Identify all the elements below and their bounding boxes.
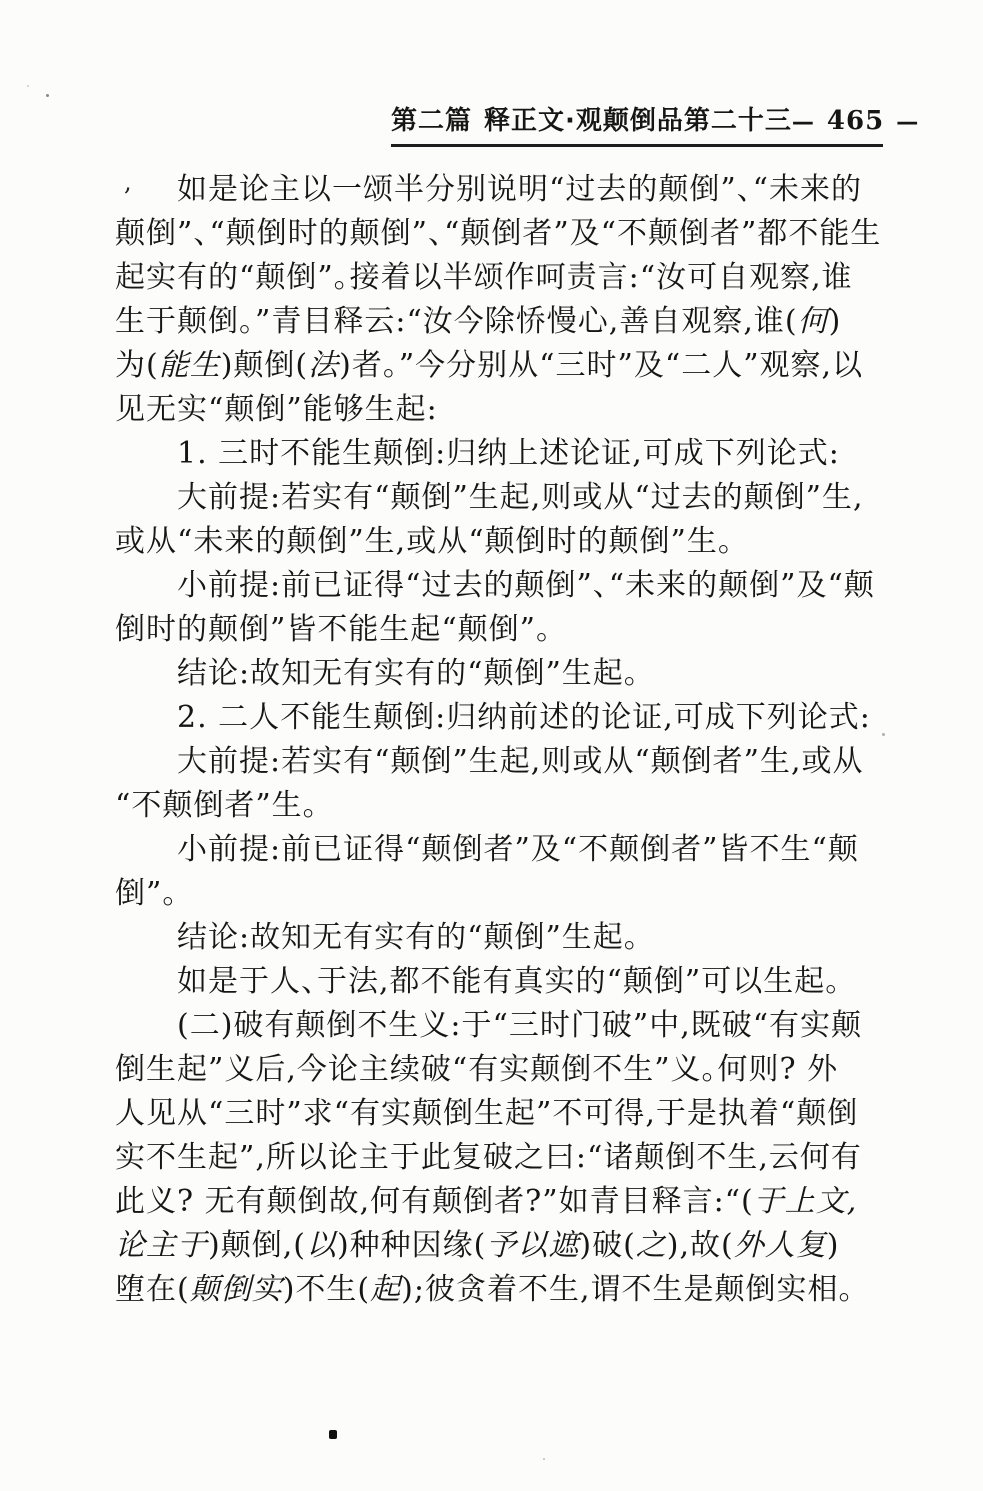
gloss-kai-text: 何 — [798, 304, 829, 339]
gloss-kai-text: 能生 — [159, 348, 221, 383]
body-run: 为( — [115, 348, 159, 383]
body-run: 颠倒”、“颠倒时的颠倒”、“颠倒者”及“不颠倒者”都不能生 — [115, 216, 881, 251]
gloss-kai-text: 于上文, — [754, 1184, 858, 1219]
text-line: 生于颠倒。”青目释云:“汝今除㤭慢心,善自观察,谁(何) — [115, 300, 915, 344]
scan-speck — [27, 85, 29, 87]
text-line: 论主于)颠倒,(以)种种因缘(予以遮)破(之),故(外人复) — [115, 1224, 915, 1268]
body-run: 见无实“颠倒”能够生起: — [115, 392, 438, 427]
text-line: 如是于人、于法,都不能有真实的“颠倒”可以生起。 — [115, 960, 915, 1004]
body-run: 结论:故知无有实有的“颠倒”生起。 — [177, 656, 640, 691]
page-container: 第二篇 释正文·观颠倒品第二十三 — 465 — 如是论主以一颂半分别说明“过去… — [0, 0, 983, 1491]
body-run: )颠倒( — [221, 348, 308, 383]
scan-speck — [882, 733, 885, 736]
body-run: 结论:故知无有实有的“颠倒”生起。 — [177, 920, 640, 955]
text-line: 此义? 无有颠倒故,何有颠倒者?”如青目释言:“(于上文, — [115, 1180, 915, 1224]
text-line: 如是论主以一颂半分别说明“过去的颠倒”、“未来的 — [115, 168, 915, 212]
page-number: 465 — [827, 106, 884, 136]
header-chapter-title: 释正文·观颠倒品第二十三 — [484, 100, 792, 137]
body-run: (二)破有颠倒不生义:于“三时门破”中,既破“有实颠 — [177, 1008, 862, 1043]
body-run: ) — [829, 304, 842, 339]
body-run: 如是于人、于法,都不能有真实的“颠倒”可以生起。 — [177, 964, 841, 999]
text-line: 人见从“三时”求“有实颠倒生起”不可得,于是执着“颠倒 — [115, 1092, 915, 1136]
text-line: 为(能生)颠倒(法)者。”今分别从“三时”及“二人”观察,以 — [115, 344, 915, 388]
body-run: )破( — [579, 1228, 635, 1263]
body-run: 大前提:若实有“颠倒”生起,则或从“过去的颠倒”生, — [177, 480, 864, 515]
text-line: 倒生起”义后,今论主续破“有实颠倒不生”义。何则? 外 — [115, 1048, 915, 1092]
stray-comma-mark: , — [124, 170, 132, 194]
gloss-kai-text: 起 — [370, 1272, 401, 1307]
body-run: 小前提:前已证得“过去的颠倒”、“未来的颠倒”及“颠 — [177, 568, 875, 603]
header-section: 第二篇 — [391, 100, 472, 137]
body-run: )种种因缘( — [337, 1228, 486, 1263]
body-text: 如是论主以一颂半分别说明“过去的颠倒”、“未来的颠倒”、“颠倒时的颠倒”、“颠倒… — [115, 168, 915, 1312]
gloss-kai-text: 外人复 — [734, 1228, 827, 1263]
text-line: 结论:故知无有实有的“颠倒”生起。 — [115, 652, 915, 696]
body-run: 实不生起”,所以论主于此复破之曰:“诸颠倒不生,云何有 — [115, 1140, 862, 1175]
body-run: 堕在( — [115, 1272, 190, 1307]
text-line: 实不生起”,所以论主于此复破之曰:“诸颠倒不生,云何有 — [115, 1136, 915, 1180]
body-run: );彼贪着不生,谓不生是颠倒实相。 — [401, 1272, 854, 1307]
text-line: 倒”。 — [115, 872, 915, 916]
body-run: )者。”今分别从“三时”及“二人”观察,以 — [339, 348, 863, 383]
body-run: 如是论主以一颂半分别说明“过去的颠倒”、“未来的 — [177, 172, 862, 207]
body-run: ) — [827, 1228, 840, 1263]
text-line: 2. 二人不能生颠倒:归纳前述的论证,可成下列论式: — [115, 696, 915, 740]
body-run: 大前提:若实有“颠倒”生起,则或从“颠倒者”生,或从 — [177, 744, 864, 779]
body-run: ),故( — [667, 1228, 734, 1263]
gloss-kai-text: 予以遮 — [486, 1228, 579, 1263]
text-line: 颠倒”、“颠倒时的颠倒”、“颠倒者”及“不颠倒者”都不能生 — [115, 212, 915, 256]
body-run: “不颠倒者”生。 — [115, 788, 319, 823]
page-number-dash-left: — — [792, 110, 815, 135]
body-run: )颠倒,( — [208, 1228, 306, 1263]
gloss-kai-text: 论主于 — [115, 1228, 208, 1263]
gloss-kai-text: 颠倒实 — [190, 1272, 283, 1307]
text-line: 小前提:前已证得“过去的颠倒”、“未来的颠倒”及“颠 — [115, 564, 915, 608]
body-run: 2. 二人不能生颠倒:归纳前述的论证,可成下列论式: — [177, 700, 871, 735]
text-line: 1. 三时不能生颠倒:归纳上述论证,可成下列论式: — [115, 432, 915, 476]
text-line: 小前提:前已证得“颠倒者”及“不颠倒者”皆不生“颠 — [115, 828, 915, 872]
body-run: 1. 三时不能生颠倒:归纳上述论证,可成下列论式: — [177, 436, 840, 471]
text-line: 结论:故知无有实有的“颠倒”生起。 — [115, 916, 915, 960]
ink-dot-mark — [329, 1430, 337, 1439]
text-line: 大前提:若实有“颠倒”生起,则或从“过去的颠倒”生, — [115, 476, 915, 520]
running-header: 第二篇 释正文·观颠倒品第二十三 — 465 — — [391, 100, 883, 147]
body-run: 起实有的“颠倒”。接着以半颂作呵责言:“汝可自观察,谁 — [115, 260, 853, 295]
scan-speck — [46, 94, 49, 97]
text-line: 或从“未来的颠倒”生,或从“颠倒时的颠倒”生。 — [115, 520, 915, 564]
text-line: 起实有的“颠倒”。接着以半颂作呵责言:“汝可自观察,谁 — [115, 256, 915, 300]
gloss-kai-text: 法 — [308, 348, 339, 383]
body-run: 小前提:前已证得“颠倒者”及“不颠倒者”皆不生“颠 — [177, 832, 859, 867]
body-run: 倒”。 — [115, 876, 178, 911]
gloss-kai-text: 以 — [306, 1228, 337, 1263]
body-run: 倒时的颠倒”皆不能生起“颠倒”。 — [115, 612, 552, 647]
body-run: 此义? 无有颠倒故,何有颠倒者?”如青目释言:“( — [115, 1184, 754, 1219]
text-line: “不颠倒者”生。 — [115, 784, 915, 828]
text-line: 见无实“颠倒”能够生起: — [115, 388, 915, 432]
page-number-dash-right: — — [896, 110, 919, 135]
body-run: 倒生起”义后,今论主续破“有实颠倒不生”义。何则? 外 — [115, 1052, 838, 1087]
text-line: (二)破有颠倒不生义:于“三时门破”中,既破“有实颠 — [115, 1004, 915, 1048]
scan-speck — [543, 1458, 545, 1460]
text-line: 倒时的颠倒”皆不能生起“颠倒”。 — [115, 608, 915, 652]
body-run: 人见从“三时”求“有实颠倒生起”不可得,于是执着“颠倒 — [115, 1096, 858, 1131]
body-run: )不生( — [283, 1272, 370, 1307]
gloss-kai-text: 之 — [636, 1228, 667, 1263]
text-line: 大前提:若实有“颠倒”生起,则或从“颠倒者”生,或从 — [115, 740, 915, 784]
text-line: 堕在(颠倒实)不生(起);彼贪着不生,谓不生是颠倒实相。 — [115, 1268, 915, 1312]
body-run: 生于颠倒。”青目释云:“汝今除㤭慢心,善自观察,谁( — [115, 304, 798, 339]
body-run: 或从“未来的颠倒”生,或从“颠倒时的颠倒”生。 — [115, 524, 734, 559]
